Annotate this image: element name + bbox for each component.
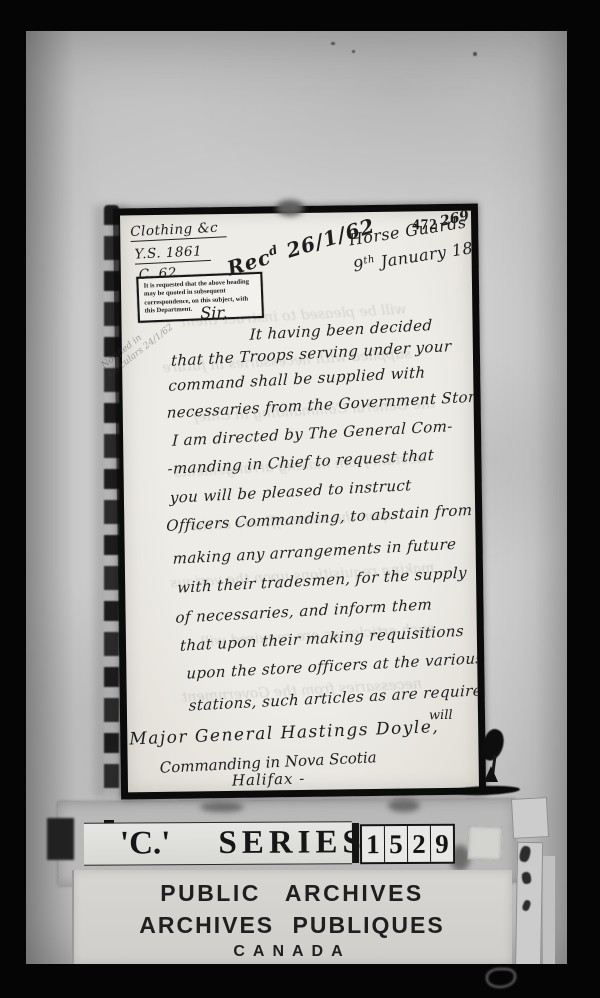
docket-subject: Clothing &c <box>130 219 227 240</box>
tape-smudge <box>388 799 420 812</box>
volume-digit: 5 <box>385 826 408 862</box>
body-line: upon the store officers at the various <box>186 649 484 683</box>
tape-strip <box>543 856 555 974</box>
series-word-label: SERIES <box>218 824 366 862</box>
addressee-name: Major General Hastings Doyle, <box>129 717 440 749</box>
volume-digit: 9 <box>431 826 453 862</box>
volume-digit: 1 <box>362 826 385 862</box>
body-line: you will be pleased to instruct <box>170 476 412 507</box>
film-band-top <box>0 0 600 31</box>
dust-speck <box>331 42 335 45</box>
archives-name-french: ARCHIVES PUBLIQUES <box>72 912 512 939</box>
salutation: Sir, <box>200 303 227 322</box>
series-label-strip: 'C.' SERIES <box>84 821 352 865</box>
banner-corner-mark <box>47 818 74 860</box>
film-band-left <box>0 0 26 998</box>
microfilm-frame: will be pleased to instruct them supplie… <box>0 0 600 998</box>
archives-country-label: CANADA <box>72 943 512 961</box>
tape-smudge <box>200 802 244 812</box>
addressee-place: Halifax - <box>232 769 306 789</box>
volume-digit: 2 <box>408 826 431 862</box>
dust-speck <box>473 52 477 56</box>
docket-year: Y.S. 1861 <box>134 243 210 263</box>
letter-page: will be pleased to instruct them supplie… <box>113 203 486 799</box>
body-line: of necessaries, and inform them <box>175 595 432 627</box>
volume-number-tiles: 1 5 2 9 <box>360 824 455 864</box>
body-line: Officers Commanding, to abstain from <box>166 501 473 535</box>
archives-name-english: PUBLIC ARCHIVES <box>72 880 512 907</box>
smudge-mark <box>276 200 304 216</box>
torn-binding-edge <box>104 205 119 797</box>
series-letter-label: 'C.' <box>120 825 171 862</box>
film-band-right <box>567 0 600 998</box>
dust-speck <box>352 50 355 53</box>
tape-strip <box>515 842 543 982</box>
archives-title-plate: PUBLIC ARCHIVES ARCHIVES PUBLIQUES CANAD… <box>72 870 512 965</box>
tape-strip <box>511 797 549 839</box>
banner-end-tab <box>467 825 502 860</box>
